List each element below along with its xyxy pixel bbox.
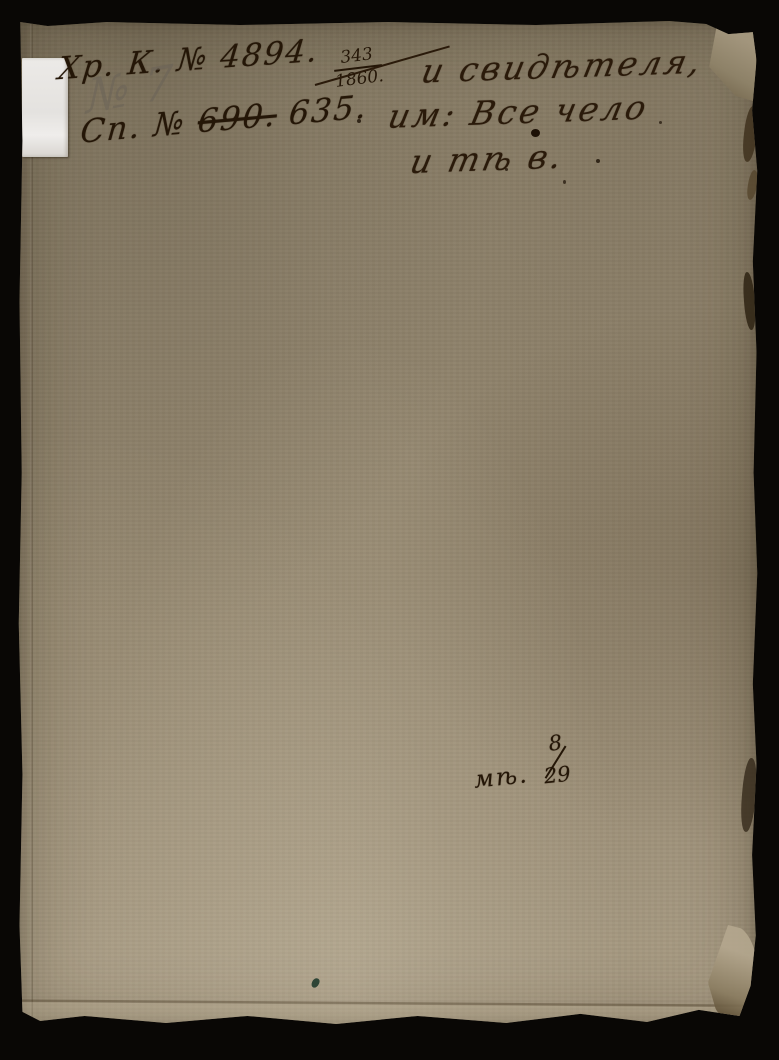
bottom-fold-edge [18,999,758,1028]
cursive-note-line: и тѣ в. [407,136,569,181]
ink-blot [531,129,540,137]
date-fraction-denominator: 29 [543,762,572,789]
ink-speck [357,119,361,123]
right-edge-tear [741,105,761,162]
left-fold-crease [30,20,33,1026]
archive-file-cover: Хр. К. № 4894. № 7 Сп. № 690. 635. 343 1… [18,20,758,1026]
bottom-right-worn-corner [708,925,758,1021]
top-right-torn-corner [704,24,756,102]
cursive-note-line: им: Все чело [385,87,653,135]
ink-speck [659,121,662,124]
ink-speck [505,168,508,171]
right-edge-tear [739,758,759,833]
cursive-note-block: и свидѣтеля, им: Все чело и тѣ в. [400,32,760,45]
inventory-struck-number: 690. [196,95,278,140]
inventory-prefix: Сп. № [79,103,188,151]
right-edge-tear [742,272,757,331]
cursive-note-line: и свидѣтеля, [418,42,707,91]
inventory-final-number: 635. [287,87,369,132]
ink-speck [596,159,600,163]
ink-speck [563,180,566,184]
date-mark-prefix: мѣ. [473,760,530,794]
paper-texture [18,20,758,1026]
date-mark-fraction: 8 29 [532,731,578,797]
fiber-speck [310,977,321,989]
year-fraction-mark: 343 1860. [320,42,397,93]
right-edge-tear [745,169,759,200]
scanned-document-photo: Хр. К. № 4894. № 7 Сп. № 690. 635. 343 1… [0,0,779,1060]
